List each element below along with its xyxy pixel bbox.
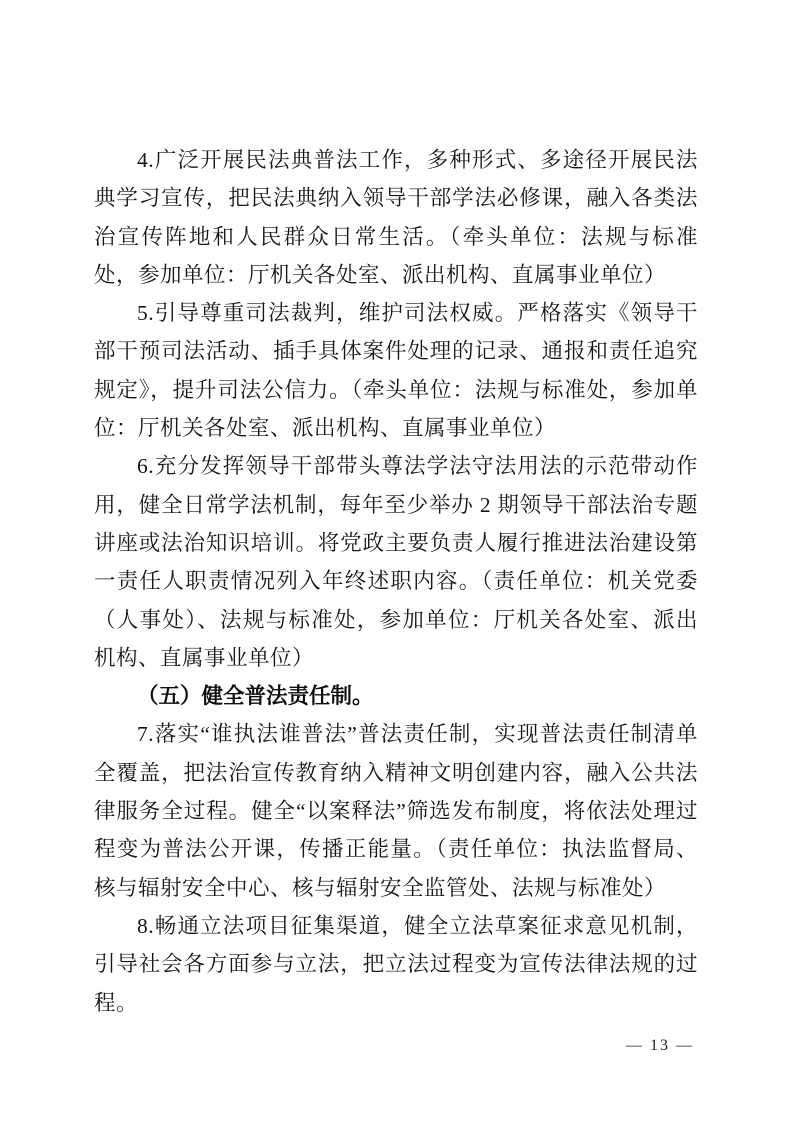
body-paragraph-7: 7.落实“谁执法谁普法”普法责任制，实现普法责任制清单全覆盖，把法治宣传教育纳入… xyxy=(94,715,698,906)
body-paragraph-8: 8.畅通立法项目征集渠道，健全立法草案征求意见机制，引导社会各方面参与立法，把立… xyxy=(94,907,698,1022)
body-paragraph-5: 5.引导尊重司法裁判，维护司法权威。严格落实《领导干部干预司法活动、插手具体案件… xyxy=(94,294,698,447)
document-page: 4.广泛开展民法典普法工作，多种形式、多途径开展民法典学习宣传，把民法典纳入领导… xyxy=(0,0,793,1121)
document-body: 4.广泛开展民法典普法工作，多种形式、多途径开展民法典学习宣传，把民法典纳入领导… xyxy=(94,141,698,1022)
body-paragraph-6: 6.充分发挥领导干部带头尊法学法守法用法的示范带动作用，健全日常学法机制，每年至… xyxy=(94,447,698,677)
page-footer: — 13 — xyxy=(626,1034,694,1058)
body-paragraph-4: 4.广泛开展民法典普法工作，多种形式、多途径开展民法典学习宣传，把民法典纳入领导… xyxy=(94,141,698,294)
page-number: — 13 — xyxy=(626,1037,694,1054)
section-heading-5: （五）健全普法责任制。 xyxy=(94,677,698,715)
